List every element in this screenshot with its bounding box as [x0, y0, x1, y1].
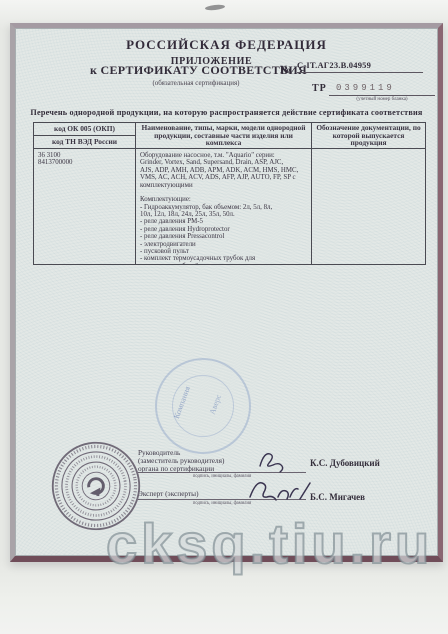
table-cell-description: Оборудование насосное, т.м. "Aquario" се… — [136, 149, 312, 265]
site-watermark: cksq.tiu.ru — [106, 516, 433, 572]
scan-smudge — [205, 4, 225, 11]
expert-role-label: Эксперт (эксперты) — [138, 489, 199, 498]
product-table: код ОК 005 (ОКП) код ТН ВЭД России Наиме… — [33, 122, 426, 265]
certification-kind: (обязательная сертификация) — [71, 79, 321, 87]
blank-number: 0399119 — [336, 83, 395, 93]
table-header-name: Наименование, типы, марки, модели одноро… — [136, 123, 312, 149]
expert-signature — [244, 473, 322, 507]
table-header-okp: код ОК 005 (ОКП) — [34, 123, 136, 136]
head-signature — [252, 446, 304, 474]
tr-label: ТР — [312, 83, 327, 94]
table-cell-codes: 36 3100 8413700000 — [34, 149, 136, 265]
company-stamp: Компания Аверс — [155, 358, 251, 454]
table-header-docs: Обозначение документации, по которой вып… — [312, 123, 426, 149]
country-title: РОССИЙСКАЯ ФЕДЕРАЦИЯ — [16, 37, 437, 53]
table-header-tnved: код ТН ВЭД России — [34, 136, 136, 149]
product-list-heading: Перечень однородной продукции, на котору… — [16, 108, 437, 117]
certificate-paper: РОССИЙСКАЯ ФЕДЕРАЦИЯ ПРИЛОЖЕНИЕ к СЕРТИФ… — [15, 28, 438, 556]
number-sign: № — [280, 64, 291, 76]
certificate-sheet: РОССИЙСКАЯ ФЕДЕРАЦИЯ ПРИЛОЖЕНИЕ к СЕРТИФ… — [10, 23, 443, 562]
table-cell-documentation — [312, 149, 426, 265]
head-name: К.С. Дубовицкий — [310, 458, 380, 468]
blank-number-caption: (учетный номер бланка) — [331, 96, 434, 101]
certificate-line: к СЕРТИФИКАТУ СООТВЕТСТВИЯ — [90, 63, 307, 78]
certificate-number: С-IT.АГ23.В.04959 — [297, 60, 423, 73]
scanned-certificate-page: РОССИЙСКАЯ ФЕДЕРАЦИЯ ПРИЛОЖЕНИЕ к СЕРТИФ… — [0, 0, 448, 634]
